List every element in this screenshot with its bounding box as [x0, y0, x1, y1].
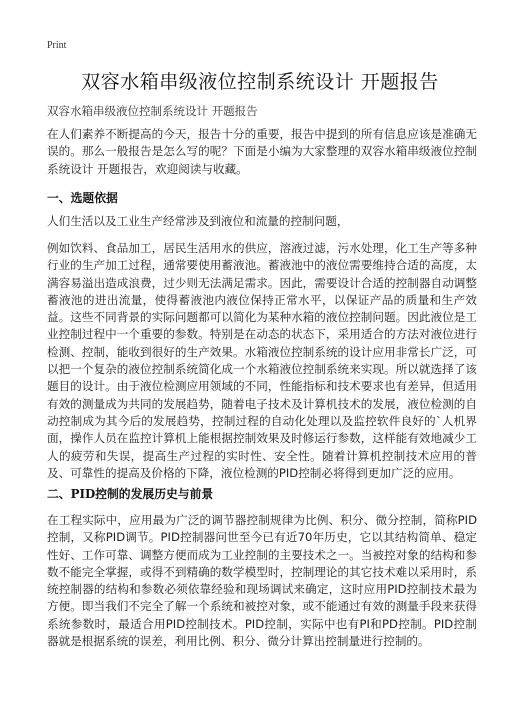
intro-paragraph: 在人们素养不断提高的今天，报告十分的重要，报告中提到的所有信息应该是准确无误的。… — [47, 126, 477, 178]
section-1-paragraph-2: 例如饮料、食品加工，居民生活用水的供应，溶液过滤，污水处理，化工生产等多种行业的… — [47, 240, 477, 482]
section-1-paragraph-1: 人们生活以及工业生产经常涉及到液位和流量的控制问题， — [47, 213, 477, 230]
section-heading-pid-history: 二、PID控制的发展历史与前景 — [47, 485, 213, 502]
section-2-paragraph-1: 在工程实际中，应用最为广泛的调节器控制规律为比例、积分、微分控制，简称PID控制… — [47, 512, 477, 650]
document-page: Print 双容水箱串级液位控制系统设计 开题报告 双容水箱串级液位控制系统设计… — [0, 0, 520, 718]
document-subtitle: 双容水箱串级液位控制系统设计 开题报告 — [47, 103, 258, 119]
section-heading-topic-basis: 一、选题依据 — [47, 189, 118, 206]
print-label[interactable]: Print — [47, 40, 66, 51]
document-title: 双容水箱串级液位控制系统设计 开题报告 — [0, 67, 520, 94]
